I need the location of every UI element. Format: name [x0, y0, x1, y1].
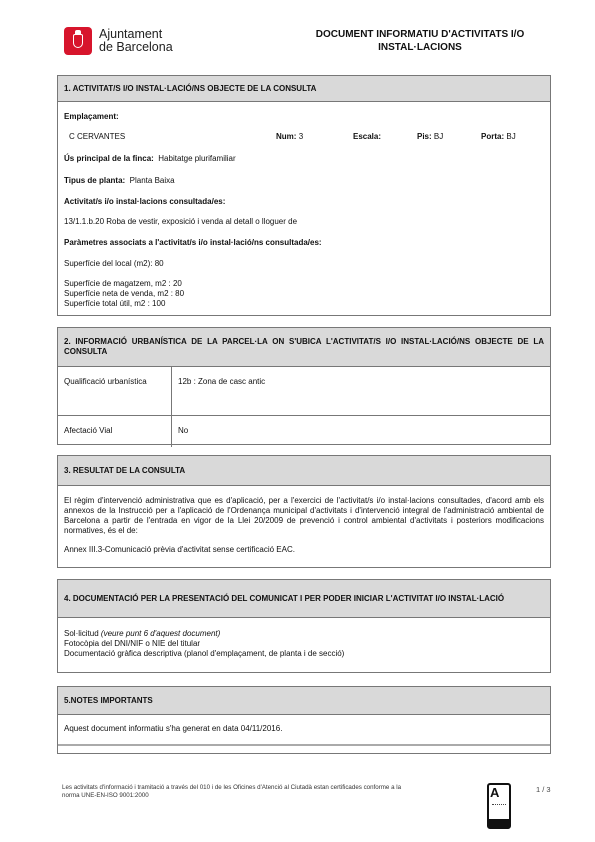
document-title-line1: DOCUMENT INFORMATIU D'ACTIVITATS I/O	[290, 28, 550, 41]
ajuntament-logo: Ajuntament de Barcelona	[64, 27, 173, 55]
document-title: DOCUMENT INFORMATIU D'ACTIVITATS I/O INS…	[290, 28, 550, 54]
escala-label: Escala:	[353, 132, 381, 141]
pis-field: Pis: BJ	[417, 132, 443, 141]
pis-value: BJ	[434, 132, 443, 141]
section-heading: 1. ACTIVITAT/S I/O INSTAL·LACIÓ/NS OBJEC…	[58, 76, 550, 102]
num-value: 3	[299, 132, 303, 141]
section-heading: 4. DOCUMENTACIÓ PER LA PRESENTACIÓ DEL C…	[58, 580, 550, 618]
porta-value: BJ	[506, 132, 515, 141]
section-heading: 2. INFORMACIÓ URBANÍSTICA DE LA PARCEL·L…	[58, 328, 550, 366]
page-number: 1 / 3	[536, 785, 551, 794]
table-row: Qualificació urbanística 12b : Zona de c…	[58, 366, 550, 415]
param-item: Superfície del local (m2): 80	[64, 259, 164, 268]
street-value: C CERVANTES	[69, 132, 125, 141]
doc-item-note: (veure punt 6 d'aquest document)	[101, 629, 220, 638]
main-use-field: Ús principal de la finca: Habitatge plur…	[64, 154, 236, 163]
doc-item: Fotocòpia del DNI/NIF o NIE del titular	[64, 639, 544, 649]
row-label: Qualificació urbanística	[58, 367, 172, 415]
floor-type-field: Tipus de planta: Planta Baixa	[64, 176, 175, 185]
location-label: Emplaçament:	[64, 112, 119, 121]
result-paragraph: El règim d'intervenció administrativa qu…	[58, 486, 550, 536]
section-heading: 5.NOTES IMPORTANTS	[58, 687, 550, 715]
floor-type-label: Tipus de planta:	[64, 176, 125, 185]
logo-text: Ajuntament de Barcelona	[99, 28, 173, 54]
num-label: Num:	[276, 132, 296, 141]
num-field: Num: 3	[276, 132, 303, 141]
cert-letter: A	[490, 785, 499, 800]
activities-label: Activitat/s i/o instal·lacions consultad…	[64, 197, 225, 206]
documentation-list: Sol·licitud (veure punt 6 d'aquest docum…	[58, 618, 550, 659]
doc-item: Documentació gràfica descriptiva (planol…	[64, 649, 544, 659]
document-title-line2: INSTAL·LACIONS	[290, 41, 550, 54]
section-notes: 5.NOTES IMPORTANTS Aquest document infor…	[57, 686, 551, 754]
porta-label: Porta:	[481, 132, 504, 141]
certification-note: Les activitats d'informació i tramitació…	[62, 784, 462, 800]
result-value: Annex III.3-Comunicació prèvia d'activit…	[58, 536, 550, 554]
doc-item: Sol·licitud (veure punt 6 d'aquest docum…	[64, 629, 544, 639]
table-row: Afectació Vial No	[58, 415, 550, 447]
params-label: Paràmetres associats a l'activitat/s i/o…	[64, 238, 322, 247]
org-name-line2: de Barcelona	[99, 41, 173, 54]
escala-field: Escala:	[353, 132, 381, 141]
pis-label: Pis:	[417, 132, 432, 141]
param-item: Superfície total útil, m2 : 100	[64, 299, 165, 308]
row-label: Afectació Vial	[58, 416, 172, 447]
porta-field: Porta: BJ	[481, 132, 516, 141]
note-text: Aquest document informatiu s'ha generat …	[58, 715, 550, 746]
certification-line1: Les activitats d'informació i tramitació…	[62, 784, 462, 792]
section-activities: 1. ACTIVITAT/S I/O INSTAL·LACIÓ/NS OBJEC…	[57, 75, 551, 316]
barcelona-shield-icon	[64, 27, 92, 55]
section-result: 3. RESULTAT DE LA CONSULTA El règim d'in…	[57, 455, 551, 568]
floor-type-value: Planta Baixa	[130, 176, 175, 185]
section-heading: 3. RESULTAT DE LA CONSULTA	[58, 456, 550, 486]
row-value: 12b : Zona de casc antic	[172, 367, 550, 415]
param-item: Superfície neta de venda, m2 : 80	[64, 289, 184, 298]
main-use-value: Habitatge plurifamiliar	[158, 154, 235, 163]
param-item: Superfície de magatzem, m2 : 20	[64, 279, 182, 288]
section-urban-info: 2. INFORMACIÓ URBANÍSTICA DE LA PARCEL·L…	[57, 327, 551, 445]
main-use-label: Ús principal de la finca:	[64, 154, 154, 163]
activity-value: 13/1.1.b.20 Roba de vestir, exposició i …	[64, 217, 297, 226]
section-documentation: 4. DOCUMENTACIÓ PER LA PRESENTACIÓ DEL C…	[57, 579, 551, 673]
doc-item-label: Sol·licitud	[64, 629, 99, 638]
certification-line2: norma UNE-EN-ISO 9001:2000	[62, 792, 462, 800]
row-value: No	[172, 416, 550, 447]
iso-certification-badge-icon: A	[487, 783, 511, 829]
